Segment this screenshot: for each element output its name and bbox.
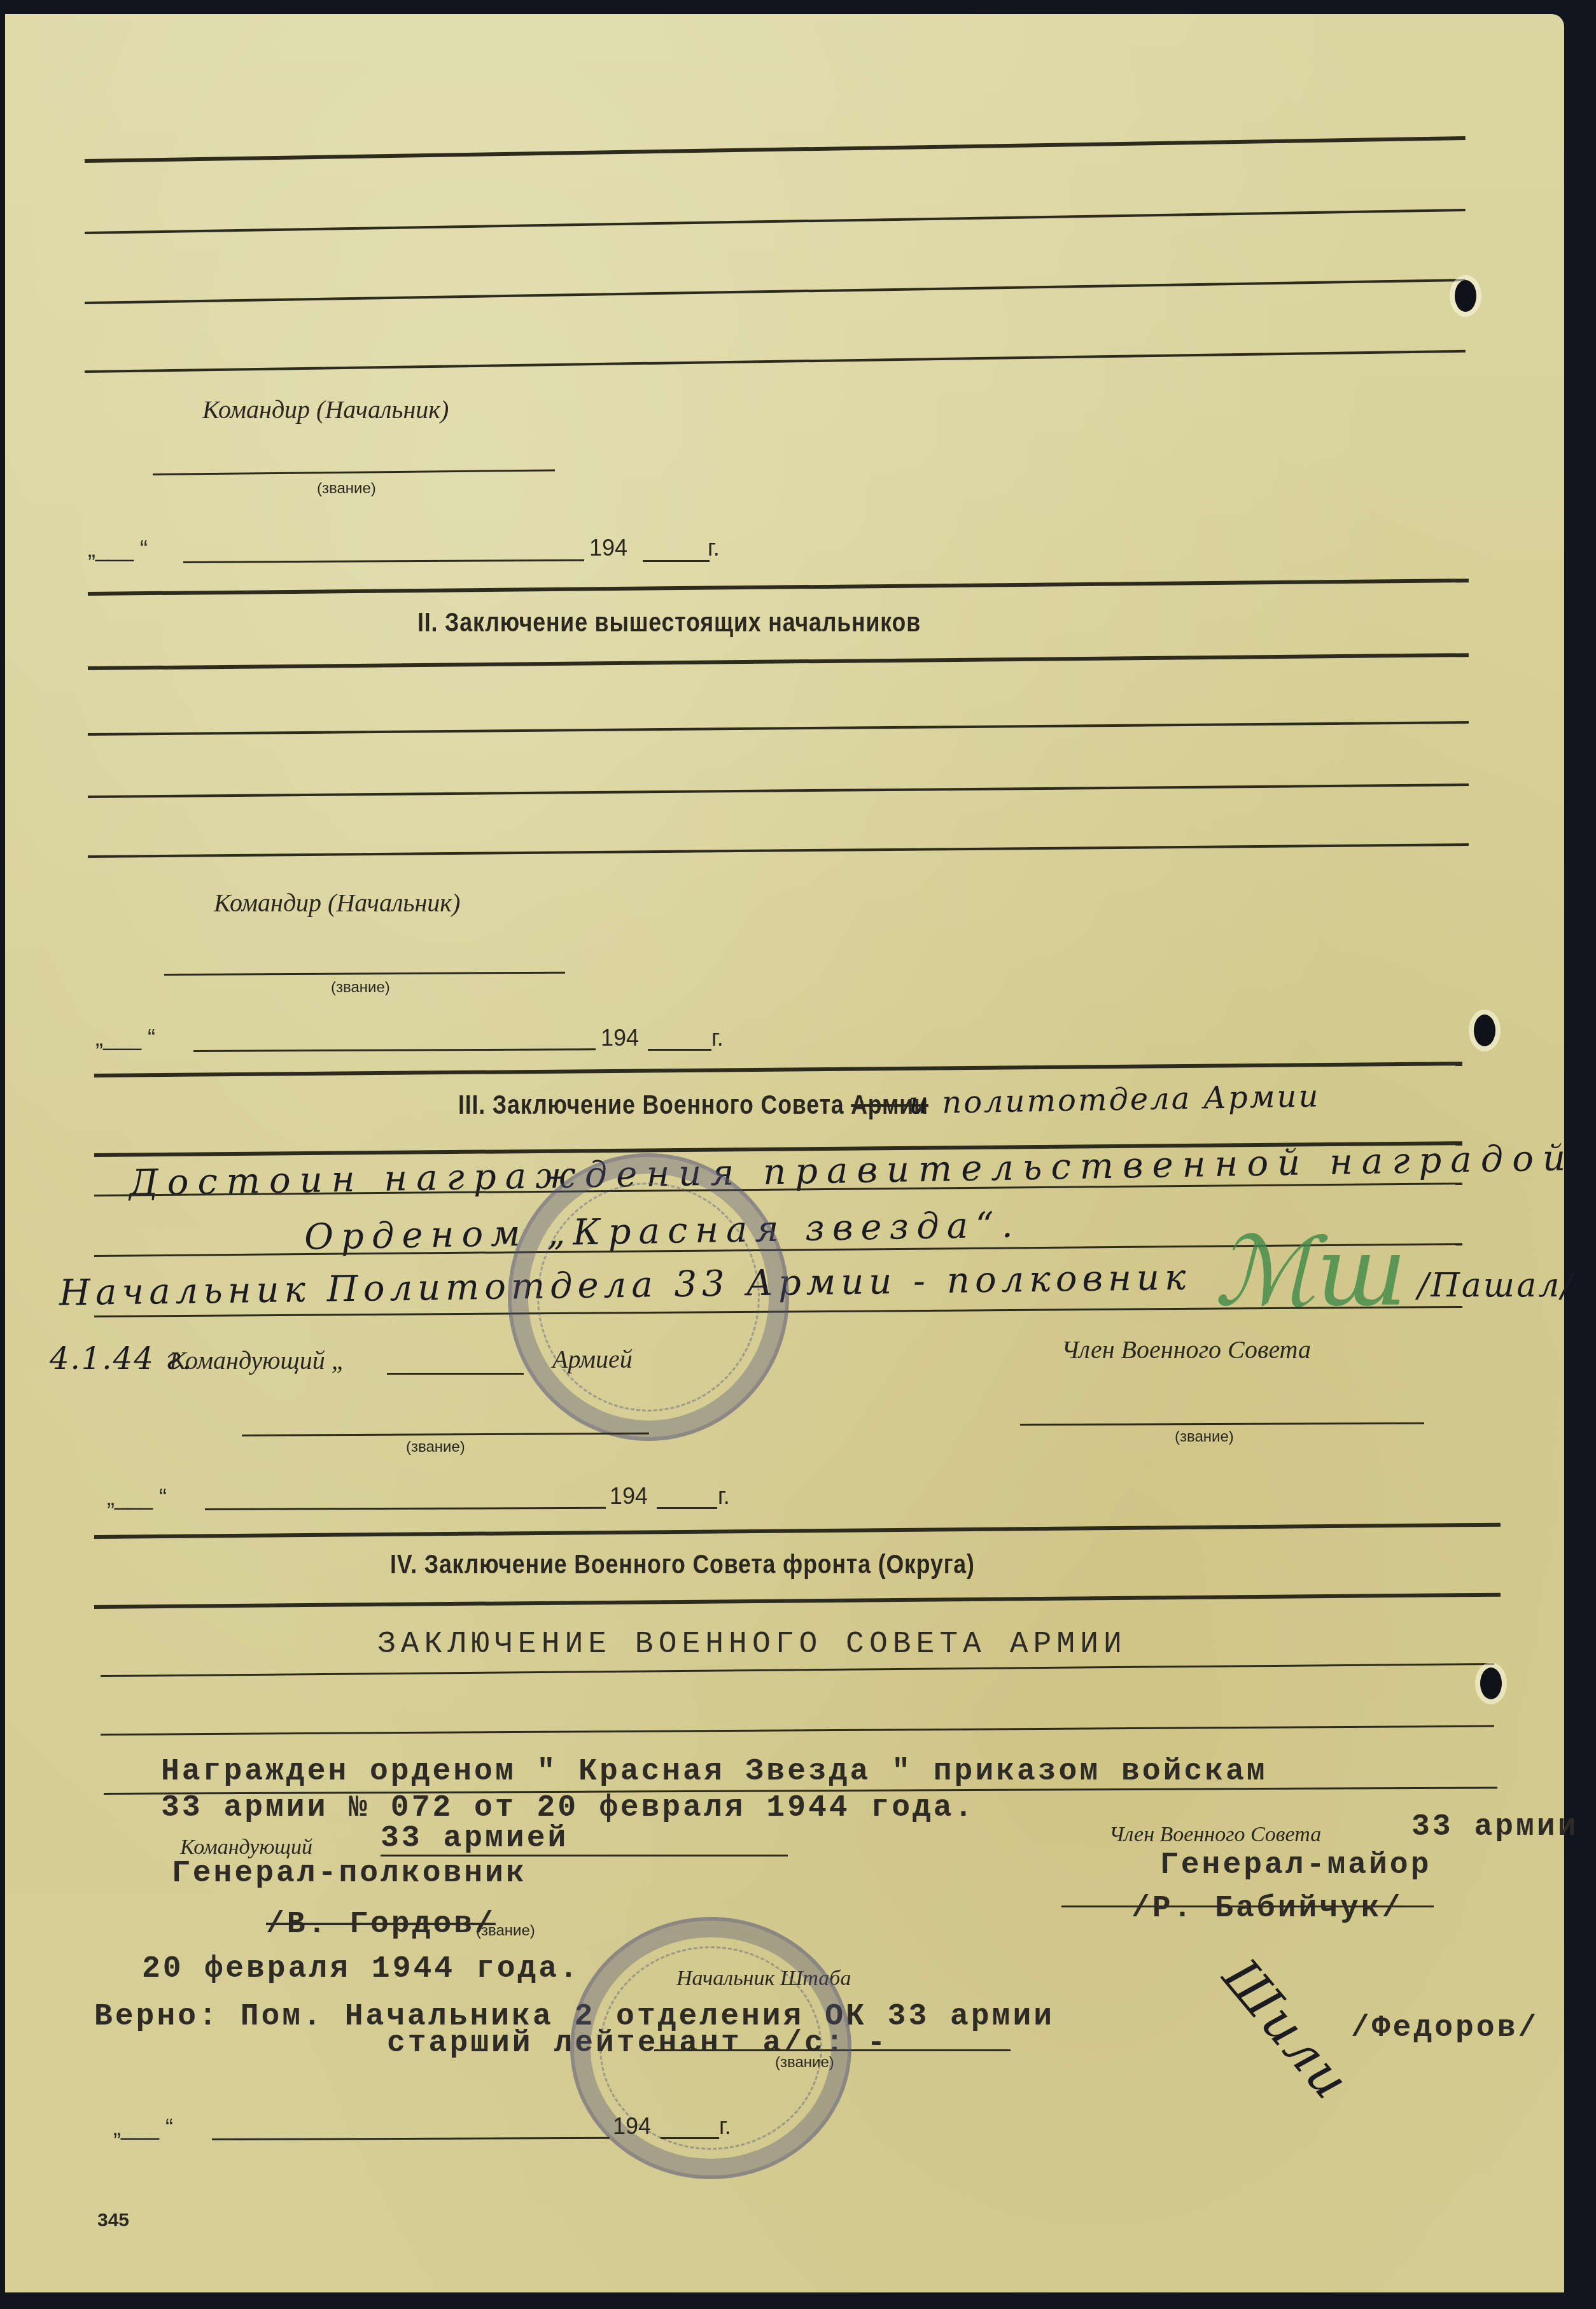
year-line — [657, 1507, 717, 1509]
date-quote: „___ “ — [113, 2114, 173, 2141]
section-3-heading: III. Заключение Военного Совета Армии — [458, 1090, 928, 1120]
form-rule — [88, 783, 1469, 798]
council-army: 33 армии — [1411, 1810, 1578, 1844]
rank-caption: (звание) — [317, 480, 376, 498]
section-4-heading: IV. Заключение Военного Совета фронта (О… — [390, 1549, 975, 1580]
date-suffix: г. — [719, 2113, 731, 2140]
date-year: 194 — [613, 2113, 651, 2140]
date-year: 194 — [589, 535, 627, 561]
form-rule — [88, 653, 1469, 670]
form-rule — [85, 279, 1466, 304]
council-rank: Генерал-майор — [1160, 1848, 1431, 1883]
rank-caption-right: (звание) — [1175, 1428, 1234, 1446]
rank-line — [164, 972, 565, 976]
rank-line — [1020, 1422, 1424, 1426]
punch-hole — [1455, 280, 1476, 312]
date-suffix: г. — [708, 535, 720, 561]
rank-caption: (звание) — [476, 1922, 535, 1940]
council-member-label: Член Военного Совета — [1109, 1823, 1321, 1847]
date-line — [193, 1048, 596, 1052]
green-ink-signature: ℳш — [1214, 1217, 1407, 1328]
form-rule — [94, 1593, 1501, 1609]
commander-label: Командир (Начальник) — [202, 395, 449, 425]
form-rule — [85, 136, 1466, 163]
rank-caption: (звание) — [331, 979, 390, 997]
page-number: 345 — [97, 2210, 129, 2231]
date-suffix: г. — [718, 1483, 730, 1510]
date-line — [183, 559, 584, 563]
council-name: /Р. Бабийчук/ — [1131, 1891, 1403, 1926]
typed-date: 20 февраля 1944 года. — [142, 1952, 580, 1986]
council-member-label: Член Военного Совета — [1061, 1335, 1311, 1365]
section-2-heading: II. Заключение вышестоящих начальников — [417, 607, 921, 638]
section-3-heading-printed: III. Заключение Военного Совета — [458, 1090, 844, 1119]
date-line — [212, 2137, 610, 2140]
document-sheet: Командир (Начальник) (звание) „___ “ 194… — [5, 14, 1564, 2292]
army-commander-label: Командующий „ — [169, 1345, 346, 1375]
date-year: 194 — [610, 1483, 648, 1510]
rank-caption-left: (звание) — [406, 1438, 465, 1456]
official-stamp — [508, 1153, 789, 1441]
rank-line — [242, 1433, 649, 1436]
certifier-name: /Федоров/ — [1351, 2011, 1539, 2046]
form-rule — [101, 1663, 1494, 1677]
signature-name: /Пашал/ — [1418, 1267, 1574, 1305]
year-line — [648, 1049, 711, 1051]
section-divider — [94, 1523, 1501, 1539]
form-rule — [88, 721, 1469, 736]
form-rule — [88, 843, 1469, 858]
date-year: 194 — [601, 1025, 639, 1051]
section-divider — [88, 579, 1469, 596]
rank-line — [153, 469, 555, 475]
punch-hole — [1480, 1667, 1502, 1699]
army-number-line — [387, 1373, 524, 1375]
commander-name: /В. Гордов/ — [266, 1907, 496, 1942]
date-line — [205, 1507, 606, 1510]
form-rule — [85, 350, 1466, 373]
section-3-heading-handwritten: и политотдела Армии — [909, 1078, 1320, 1121]
year-line — [661, 2137, 719, 2139]
punch-hole — [1474, 1014, 1495, 1046]
army-label: Армией — [552, 1344, 633, 1374]
date-suffix: г. — [711, 1025, 724, 1051]
typed-title: ЗАКЛЮЧЕНИЕ ВОЕННОГО СОВЕТА АРМИИ — [377, 1627, 1127, 1662]
commander-army: 33 армией — [381, 1821, 568, 1856]
date-quote: „___ “ — [88, 536, 148, 563]
handwritten-signature: Шили — [1211, 1948, 1362, 2111]
section-divider — [94, 1062, 1462, 1077]
typed-award-line-1: Награжден орденом " Красная Звезда " при… — [161, 1755, 1268, 1789]
typed-award-line-2: 33 армии № 072 от 20 февраля 1944 года. — [161, 1791, 975, 1825]
official-stamp — [570, 1917, 851, 2179]
form-rule — [101, 1725, 1494, 1736]
form-rule — [85, 209, 1466, 234]
year-line — [643, 560, 710, 562]
commander-rank: Генерал-полковник — [172, 1856, 527, 1891]
date-quote: „___ “ — [95, 1025, 155, 1051]
date-quote: „___ “ — [107, 1484, 167, 1511]
commander-label: Командир (Начальник) — [214, 888, 460, 918]
